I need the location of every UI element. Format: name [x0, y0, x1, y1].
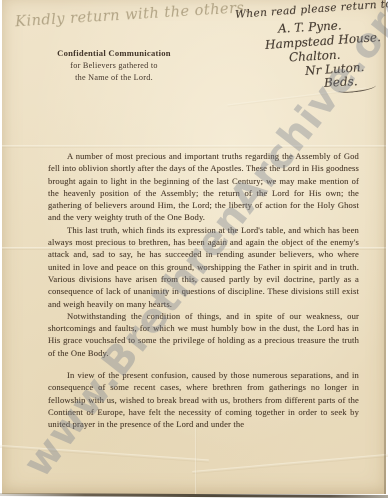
fold-crease-vertical-bottom [195, 428, 197, 494]
ink-note-instruction: When read please return to :- [235, 0, 388, 21]
fold-crease-bottom-left [0, 445, 209, 463]
document-title-line-1: Confidential Communication [40, 47, 188, 60]
paragraph-3: Notwithstanding the condition of things,… [48, 310, 359, 359]
paragraph-2: This last truth, which finds its express… [48, 224, 359, 310]
document-title-line-2: for Believers gathered to [40, 60, 188, 73]
paper-bottom-edge [0, 493, 388, 498]
scanned-document: Kindly return with the others. When read… [0, 0, 388, 500]
fold-crease-horizontal-upper [2, 145, 386, 148]
paragraph-4: In view of the present confusion, caused… [48, 369, 359, 430]
paper-right-edge [384, 0, 386, 494]
body-text-lower: In view of the present confusion, caused… [48, 369, 359, 430]
body-text-upper: A number of most precious and important … [48, 150, 359, 359]
document-title-line-3: the Name of the Lord. [40, 72, 188, 85]
document-title-block: Confidential Communication for Believers… [40, 47, 188, 85]
fold-crease-bottom-right [192, 453, 388, 474]
paragraph-1: A number of most precious and important … [48, 150, 359, 224]
paper-sheet: Kindly return with the others. When read… [2, 0, 386, 494]
